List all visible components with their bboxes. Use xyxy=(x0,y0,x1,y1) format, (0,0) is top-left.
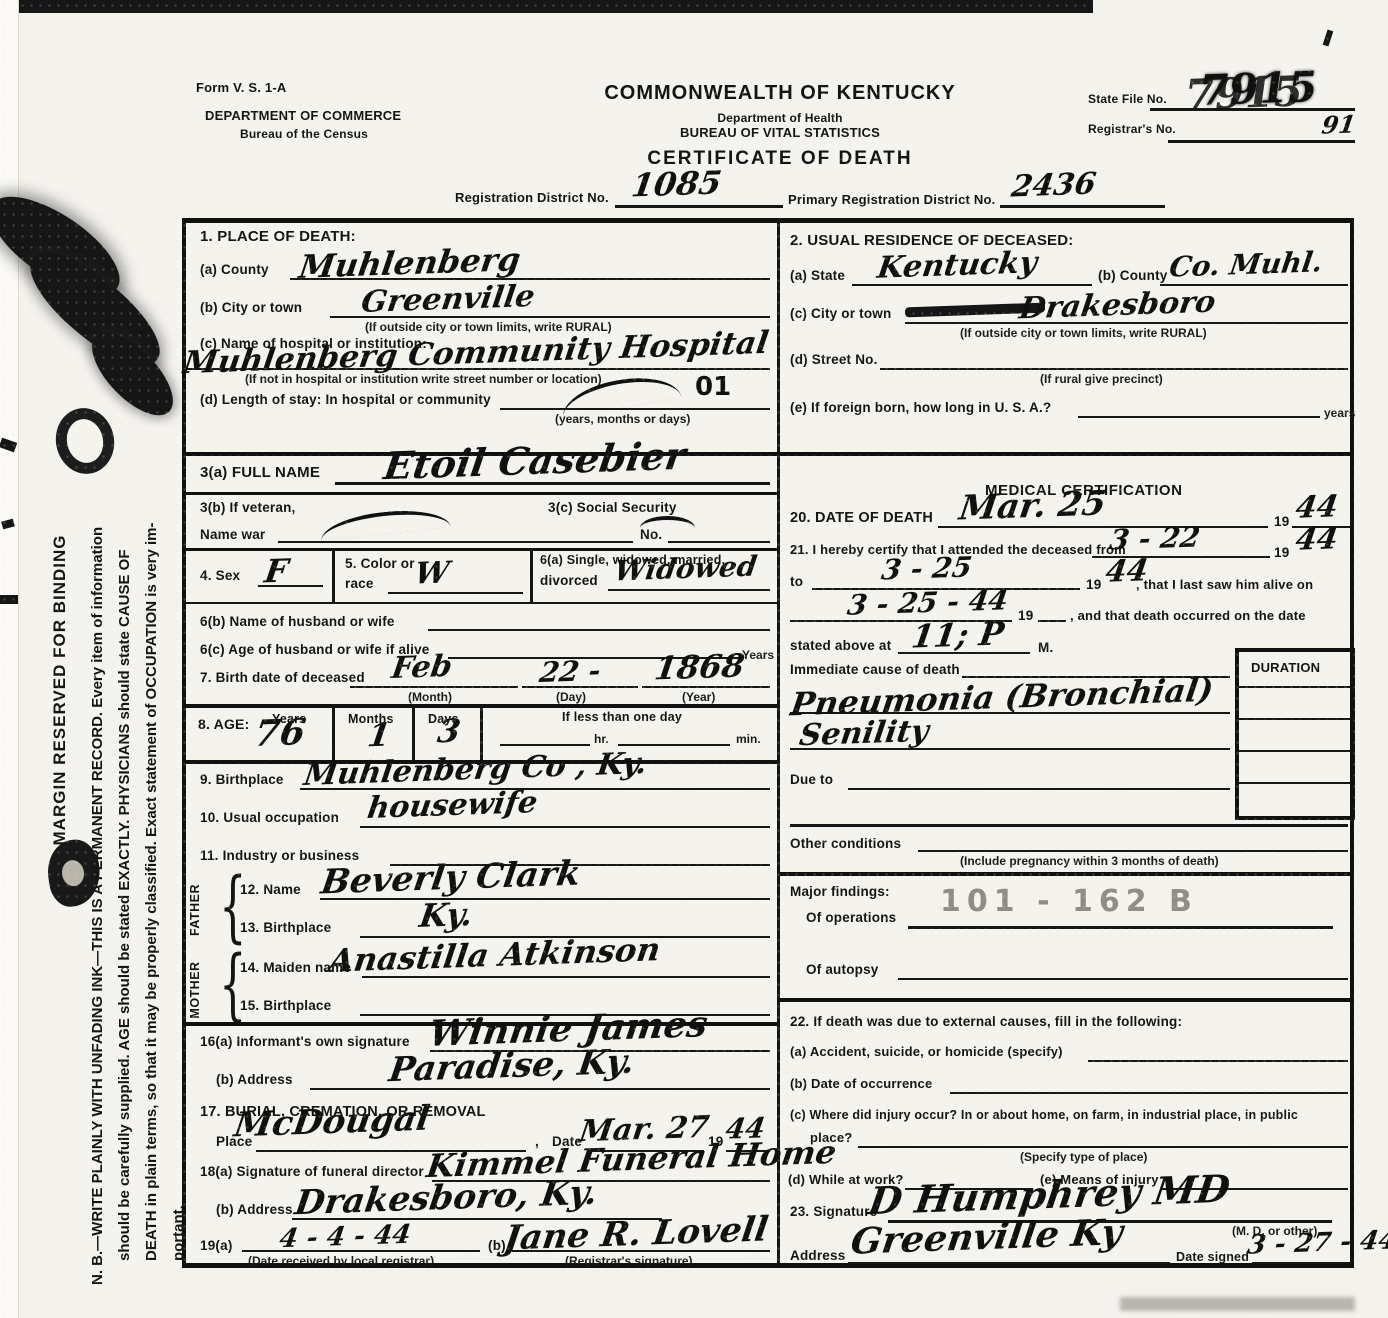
physician-address-value: Greenville Ky xyxy=(848,1211,1125,1262)
cell-divider-sex-race xyxy=(332,548,335,602)
received-caption: (Date received by local registrar) xyxy=(248,1254,434,1268)
section2-street-caption: (If rural give precinct) xyxy=(1040,372,1163,386)
informant-address-label: (b) Address xyxy=(216,1072,293,1087)
form-top-border xyxy=(182,218,1352,223)
section1-city-label: (b) City or town xyxy=(200,300,302,315)
primary-registration-label: Primary Registration District No. xyxy=(788,192,995,207)
veteran-war-label: Name war xyxy=(200,527,265,542)
section22-b-line xyxy=(950,1092,1348,1094)
dod-year-prefix: 19 xyxy=(1274,514,1289,529)
occupation-line xyxy=(360,826,770,828)
bureau-vital-statistics: BUREAU OF VITAL STATISTICS xyxy=(500,125,1060,140)
veteran-label: 3(b) If veteran, xyxy=(200,500,295,515)
other-conditions-line xyxy=(918,850,1348,852)
veteran-dash xyxy=(319,505,451,540)
director-address-label: (b) Address xyxy=(216,1202,293,1217)
registration-district-value: 1085 xyxy=(629,163,724,204)
registrar-sig-caption: (Registrar's signature) xyxy=(565,1254,693,1268)
husband-line xyxy=(428,629,770,631)
informant-address-line xyxy=(310,1088,770,1090)
mother-brace: { xyxy=(219,940,246,1030)
section2-city-value: Drakesboro xyxy=(1017,285,1218,327)
alive-year-prefix: 19 xyxy=(1018,608,1033,623)
age-divider-2 xyxy=(412,704,415,760)
date-signed-value: 3 - 27 - 44 xyxy=(1245,1225,1388,1260)
section2-foreign-label: (e) If foreign born, how long in U. S. A… xyxy=(790,400,1051,415)
due-to-label: Due to xyxy=(790,772,833,787)
section2-state-value: Kentucky xyxy=(875,245,1039,286)
marital-value: Widowed xyxy=(612,550,759,588)
director-address-value: Drakesboro, Ky. xyxy=(292,1173,600,1223)
due-blank-line xyxy=(790,824,1348,827)
registration-district-line xyxy=(615,205,783,208)
cause-value2: Senility xyxy=(797,714,931,753)
age-months-value: 1 xyxy=(365,716,393,755)
section1-title: 1. PLACE OF DEATH: xyxy=(200,228,356,245)
section2-state-label: (a) State xyxy=(790,268,845,283)
from-year-value: 44 xyxy=(1293,521,1340,557)
received-label: 19(a) xyxy=(200,1238,233,1253)
margin-binding-note: MARGIN RESERVED FOR BINDING xyxy=(50,475,70,905)
birthdate-label: 7. Birth date of deceased xyxy=(200,670,365,685)
registrar-no-line xyxy=(1168,140,1355,143)
autopsy-label: Of autopsy xyxy=(806,962,879,977)
margin-note-line4: portant. xyxy=(165,73,192,1285)
informant-address-value: Paradise, Ky. xyxy=(386,1042,636,1090)
age-hr-line xyxy=(500,744,590,746)
form-number: Form V. S. 1-A xyxy=(196,80,286,95)
birthdate-month-value: Feb xyxy=(389,649,454,686)
margin-note-line1: N. B.—WRITE PLAINLY WITH UNFADING INK—TH… xyxy=(84,73,111,1285)
burial-place-value: McDougal xyxy=(232,1099,433,1146)
cell-divider-race-marital xyxy=(530,548,533,602)
age-label: 8. AGE: xyxy=(198,716,249,732)
veteran-war-line xyxy=(278,541,633,543)
state-file-value: 7915 xyxy=(1196,62,1320,115)
section22-title: 22. If death was due to external causes,… xyxy=(790,1014,1182,1029)
section2-county-label: (b) County xyxy=(1098,268,1167,283)
from-year-prefix: 19 xyxy=(1274,545,1289,560)
occupation-value: housewife xyxy=(365,785,540,826)
race-label1: 5. Color or xyxy=(345,556,415,571)
race-label2: race xyxy=(345,576,374,591)
edge-tick-artifact xyxy=(0,595,18,604)
duration-line xyxy=(1239,718,1351,720)
father-group-label: FATHER xyxy=(188,872,202,948)
occurred-suffix: , and that death occurred on the date xyxy=(1070,608,1306,623)
divider-under-other xyxy=(778,872,1354,876)
day-caption: (Day) xyxy=(556,690,586,704)
age-hr-label: hr. xyxy=(594,732,609,746)
birthplace-value: Muhlenberg Co , Ky. xyxy=(302,746,650,793)
fullname-value: Etoil Casebier xyxy=(381,433,689,488)
certify-from-value: 3 - 22 xyxy=(1107,520,1202,556)
alive-suffix: , that I last saw him alive on xyxy=(1136,577,1313,592)
other-conditions-caption: (Include pregnancy within 3 months of de… xyxy=(960,854,1219,868)
major-findings-label: Major findings: xyxy=(790,884,890,899)
dod-year-value: 44 xyxy=(1293,489,1340,525)
years-suffix: Years xyxy=(742,648,774,662)
duration-box: DURATION xyxy=(1235,648,1355,820)
birthplace-label: 9. Birthplace xyxy=(200,772,284,787)
other-conditions-label: Other conditions xyxy=(790,836,901,851)
margin-note-line2: should be carefully supplied. AGE should… xyxy=(111,73,138,1285)
to-year-prefix: 19 xyxy=(1086,577,1101,592)
birthdate-day-value: 22 - xyxy=(538,654,603,689)
header-center: COMMONWEALTH OF KENTUCKY Department of H… xyxy=(500,82,1060,170)
year-caption: (Year) xyxy=(682,690,715,704)
section22-c-line xyxy=(858,1146,1348,1148)
sex-label: 4. Sex xyxy=(200,568,240,583)
alive-year-line xyxy=(1038,620,1066,622)
divider-under-3a xyxy=(182,492,778,495)
marital-label2: divorced xyxy=(540,573,598,588)
department-of-commerce: DEPARTMENT OF COMMERCE xyxy=(205,108,401,123)
duration-line xyxy=(1239,782,1351,784)
to-value: 3 - 25 xyxy=(879,550,974,586)
to-label: to xyxy=(790,574,803,589)
birthdate-month-line xyxy=(350,686,518,688)
commonwealth-title: COMMONWEALTH OF KENTUCKY xyxy=(500,82,1060,105)
physician-address-line xyxy=(848,1262,1170,1264)
margin-binding-text: MARGIN RESERVED FOR BINDING xyxy=(50,535,69,846)
certificate-title: CERTIFICATE OF DEATH xyxy=(500,148,1060,170)
section22-c-label: (c) Where did injury occur? In or about … xyxy=(790,1108,1298,1122)
informant-label: 16(a) Informant's own signature xyxy=(200,1034,410,1049)
state-file-label: State File No. xyxy=(1088,92,1167,106)
divider-under-autopsy xyxy=(778,998,1354,1002)
m-label: M. xyxy=(1038,640,1053,655)
section22-a-line xyxy=(1088,1060,1348,1062)
bureau-of-census: Bureau of the Census xyxy=(240,127,368,141)
received-value: 4 - 4 - 44 xyxy=(278,1220,413,1255)
scan-bottom-smudge xyxy=(1120,1297,1355,1311)
marital-line xyxy=(608,589,770,591)
dept-health: Department of Health xyxy=(500,111,1060,125)
operations-label: Of operations xyxy=(806,910,896,925)
registration-district-label: Registration District No. xyxy=(455,190,609,205)
stated-label: stated above at xyxy=(790,638,891,653)
age-days-value: 3 xyxy=(435,712,463,751)
section22-b-label: (b) Date of occurrence xyxy=(790,1076,932,1091)
occupation-label: 10. Usual occupation xyxy=(200,810,339,825)
primary-registration-line xyxy=(1000,205,1165,208)
section1-stay-line xyxy=(500,408,770,410)
divider-under-3b xyxy=(182,548,778,551)
form-center-divider xyxy=(777,218,780,1268)
mother-birthplace-label: 15. Birthplace xyxy=(240,998,331,1013)
section1-county-label: (a) County xyxy=(200,262,269,277)
section-divider-h455 xyxy=(182,452,1352,456)
registrar-no-value: 91 xyxy=(1320,109,1358,139)
section2-street-label: (d) Street No. xyxy=(790,352,878,367)
duration-line xyxy=(1239,686,1351,688)
cause-value1: Pneumonia (Bronchial) xyxy=(788,671,1216,724)
section1-stay-value: 01 xyxy=(695,372,731,402)
physician-signature-label: 23. Signature xyxy=(790,1204,877,1219)
scan-mark-artifact xyxy=(1323,29,1334,46)
race-value: W xyxy=(412,555,451,591)
age-divider-1 xyxy=(332,704,335,760)
mother-group-label: MOTHER xyxy=(188,950,202,1030)
scan-top-bar-artifact xyxy=(18,0,1093,13)
dod-value: Mar. 25 xyxy=(957,483,1109,528)
section2-city-label: (c) City or town xyxy=(790,306,891,321)
margin-note-line3: DEATH in plain terms, so that it may be … xyxy=(138,73,165,1285)
section22-c-caption: (Specify type of place) xyxy=(1020,1150,1147,1164)
dod-label: 20. DATE OF DEATH xyxy=(790,510,933,526)
section2-county-value: Co. Muhl. xyxy=(1167,245,1325,283)
divider-under-456 xyxy=(182,602,778,604)
birthdate-year-value: 1868 xyxy=(652,646,747,687)
section2-foreign-line xyxy=(1078,416,1320,418)
father-brace: { xyxy=(219,862,246,952)
ssn-no-label: No. xyxy=(640,527,662,542)
age-less-label: If less than one day xyxy=(562,710,682,724)
cause-label: Immediate cause of death xyxy=(790,662,960,677)
father-birthplace-label: 13. Birthplace xyxy=(240,920,331,935)
industry-label: 11. Industry or business xyxy=(200,848,359,863)
operations-line xyxy=(908,926,1333,929)
date-signed-label: Date signed xyxy=(1176,1250,1249,1264)
primary-registration-value: 2436 xyxy=(1009,167,1098,205)
autopsy-line xyxy=(898,978,1348,980)
date-signed-line xyxy=(1252,1262,1352,1264)
operations-value: 101 - 162 B xyxy=(940,884,1198,919)
age-min-label: min. xyxy=(736,732,761,746)
duration-line xyxy=(1239,750,1351,752)
age-years-value: 76 xyxy=(252,711,308,755)
physician-address-label: Address xyxy=(790,1248,845,1263)
race-line xyxy=(388,592,523,594)
section22-a-label: (a) Accident, suicide, or homicide (spec… xyxy=(790,1044,1063,1059)
father-birthplace-value: Ky. xyxy=(417,895,475,935)
section1-city-value: Greenville xyxy=(359,279,537,320)
fullname-label: 3(a) FULL NAME xyxy=(200,464,320,481)
section1-stay-label: (d) Length of stay: In hospital or commu… xyxy=(200,392,491,407)
registrar-no-label: Registrar's No. xyxy=(1088,122,1176,136)
section2-city-caption: (If outside city or town limits, write R… xyxy=(960,326,1207,340)
duration-label: DURATION xyxy=(1251,660,1320,675)
margin-nb-note: N. B.—WRITE PLAINLY WITH UNFADING INK—TH… xyxy=(84,73,192,1285)
section1-hospital-caption: (If not in hospital or institution write… xyxy=(245,372,602,386)
father-name-label: 12. Name xyxy=(240,882,301,897)
ssn-dash xyxy=(640,516,695,528)
section1-stay-caption: (years, months or days) xyxy=(555,412,690,426)
due-to-line xyxy=(848,788,1230,790)
section22-c-label2: place? xyxy=(810,1130,852,1145)
hour-value: 11; P xyxy=(909,614,1006,655)
ssn-label: 3(c) Social Security xyxy=(548,500,677,515)
section1-county-value: Muhlenberg xyxy=(297,240,523,286)
month-caption: (Month) xyxy=(408,690,452,704)
death-certificate-page: MARGIN RESERVED FOR BINDING N. B.—WRITE … xyxy=(0,0,1388,1318)
section2-street-line xyxy=(880,368,1348,370)
ssn-line xyxy=(668,541,770,543)
director-label: 18(a) Signature of funeral director xyxy=(200,1164,424,1179)
section2-foreign-suffix: years xyxy=(1324,406,1355,420)
husband-label: 6(b) Name of husband or wife xyxy=(200,614,395,629)
